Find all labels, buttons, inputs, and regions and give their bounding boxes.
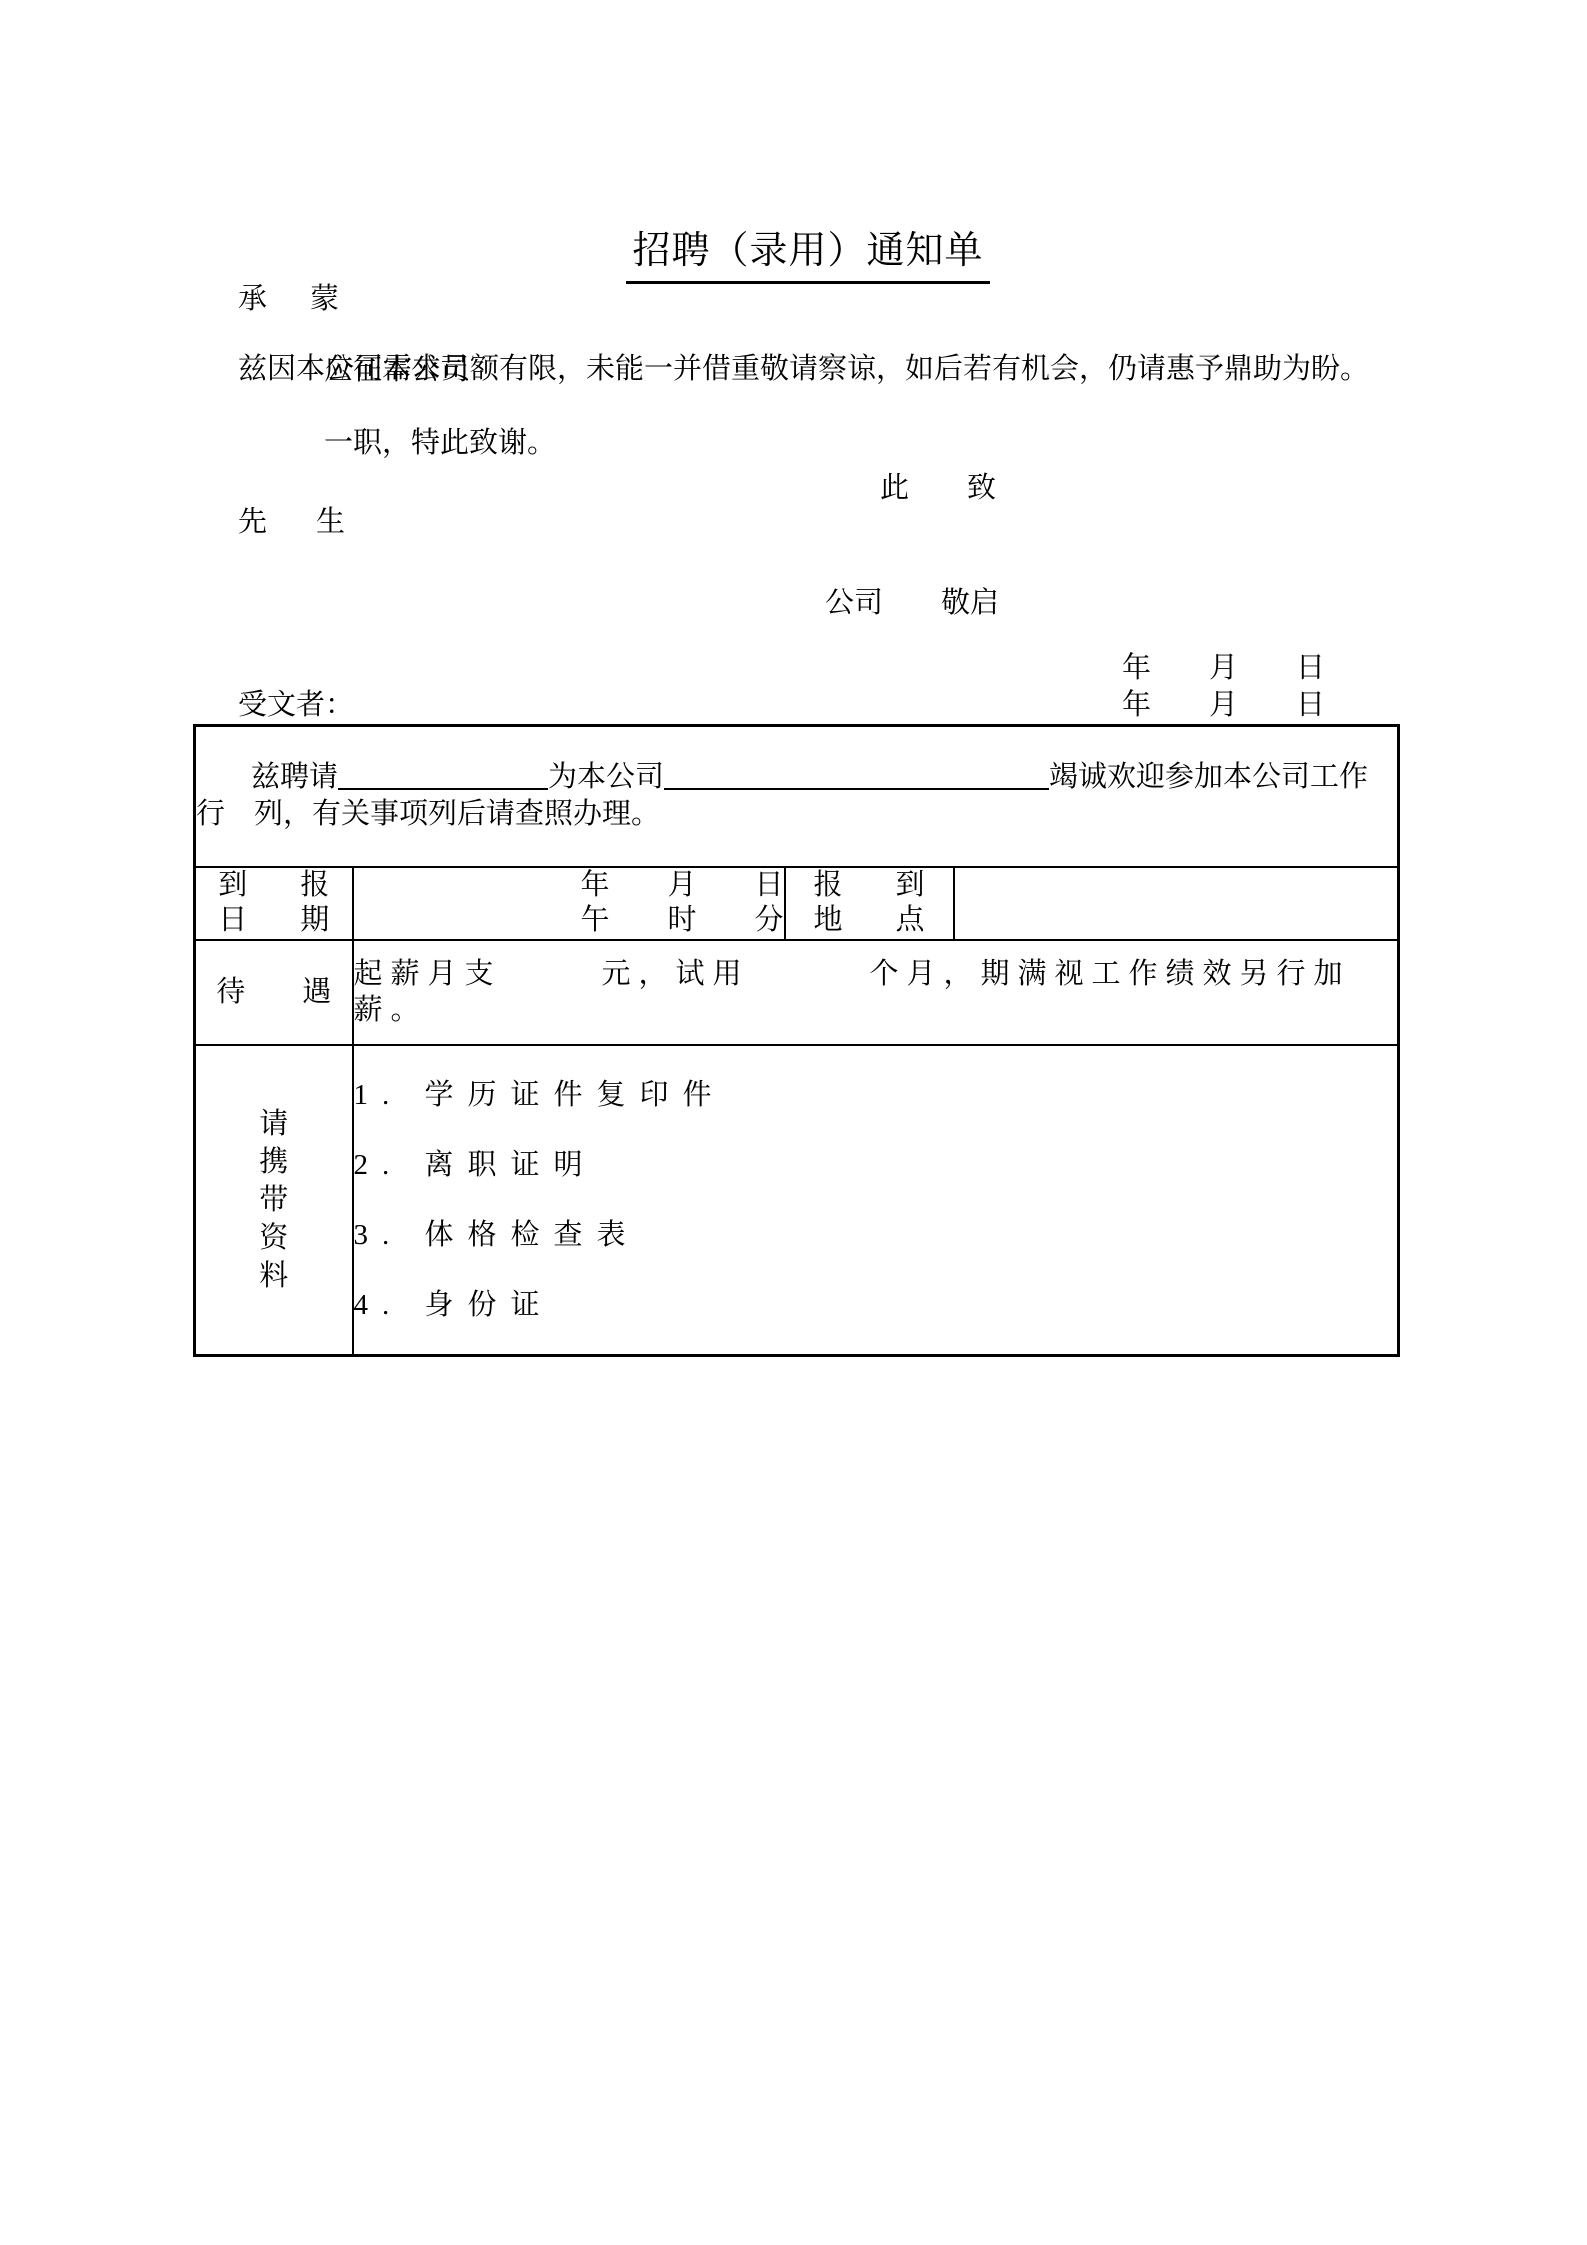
invite-line-1: 兹聘请为本公司竭诚欢迎参加本公司工作 [196, 759, 1397, 796]
report-row: 到 报 日 期 年 月 日 午 时 分 报 到 地 点 [195, 867, 1399, 940]
bring-label-char: 料 [196, 1257, 352, 1295]
invite-welcome-segment: 竭诚欢迎参加本公司工作 [1049, 761, 1368, 793]
invite-row: 兹聘请为本公司竭诚欢迎参加本公司工作 行 列，有关事项列后请查照办理。 [195, 726, 1399, 867]
invite-company-segment: 为本公司 [548, 761, 664, 793]
applied-line: 应征本公司 一职，特此致谢。 [295, 316, 579, 497]
opening-line: 承 蒙 [238, 281, 346, 317]
position-blank-line [664, 780, 1049, 790]
bring-item: 4. 身份证 [354, 1270, 1398, 1340]
salary-row: 待 遇 起薪月支元，试用个月，期满视工作绩效另行加 薪。 [195, 940, 1399, 1045]
salary-label: 待 遇 [196, 975, 352, 1010]
date-line-2: 年 月 日 [1122, 687, 1325, 723]
notice-table: 兹聘请为本公司竭诚欢迎参加本公司工作 行 列，有关事项列后请查照办理。 到 报 … [193, 724, 1400, 1357]
salary-value-cell: 起薪月支元，试用个月，期满视工作绩效另行加 薪。 [353, 940, 1399, 1045]
bring-item: 2. 离职证明 [354, 1130, 1398, 1200]
bring-label-char: 带 [196, 1181, 352, 1219]
recipient-label: 受文者： [238, 687, 354, 723]
salute-line: 此 致 [880, 470, 996, 506]
salary-line-1: 起薪月支元，试用个月，期满视工作绩效另行加 [354, 956, 1398, 992]
bring-item: 3. 体格检查表 [354, 1200, 1398, 1270]
document-page: 招聘（录用）通知单 承 蒙 应征本公司 一职，特此致谢。 兹因本公司需求员额有限… [0, 0, 1587, 2245]
report-date-ymd-line: 年 月 日 [354, 868, 784, 903]
bring-label-cell: 请 携 带 资 料 [195, 1045, 353, 1356]
invite-hire-segment: 兹聘请 [251, 761, 338, 793]
bring-row: 请 携 带 资 料 1. 学历证件复印件 2. 离职证明 3. 体格检查表 4.… [195, 1045, 1399, 1356]
report-date-label-line-2: 日 期 [196, 903, 352, 938]
report-place-label-cell: 报 到 地 点 [785, 867, 954, 940]
bring-label-char: 请 [196, 1105, 352, 1143]
page-title: 招聘（录用）通知单 [626, 228, 989, 284]
salary-seg-2: 元，试用 [602, 958, 750, 990]
applied-suffix: 一职，特此致谢。 [324, 427, 556, 459]
salary-line-2: 薪。 [354, 992, 1398, 1028]
bring-items-cell: 1. 学历证件复印件 2. 离职证明 3. 体格检查表 4. 身份证 [353, 1045, 1399, 1356]
salary-label-cell: 待 遇 [195, 940, 353, 1045]
report-date-label-line-1: 到 报 [196, 868, 352, 903]
report-date-value-cell: 年 月 日 午 时 分 [353, 867, 785, 940]
salary-seg-1: 起薪月支 [354, 958, 502, 990]
report-place-label-line-2: 地 点 [786, 903, 953, 938]
salary-seg-3: 个月，期满视工作绩效另行加 [870, 958, 1351, 990]
regret-line: 兹因本公司需求员额有限，未能一并借重敬请察谅，如后若有机会，仍请惠予鼎助为盼。 [238, 351, 1369, 387]
addressee-title-line: 先 生 [238, 504, 355, 540]
bring-label-char: 资 [196, 1219, 352, 1257]
bring-item: 1. 学历证件复印件 [354, 1060, 1398, 1130]
name-blank-line [338, 780, 548, 790]
report-date-label-cell: 到 报 日 期 [195, 867, 353, 940]
bring-label-char: 携 [196, 1143, 352, 1181]
report-date-time-line: 午 时 分 [354, 903, 784, 938]
invite-line-2: 行 列，有关事项列后请查照办理。 [196, 796, 1397, 833]
date-line-1: 年 月 日 [1122, 650, 1325, 686]
signer-line: 公司 敬启 [825, 585, 999, 621]
report-place-label-line-1: 报 到 [786, 868, 953, 903]
report-place-value-cell [954, 867, 1399, 940]
invite-cell: 兹聘请为本公司竭诚欢迎参加本公司工作 行 列，有关事项列后请查照办理。 [195, 726, 1399, 867]
